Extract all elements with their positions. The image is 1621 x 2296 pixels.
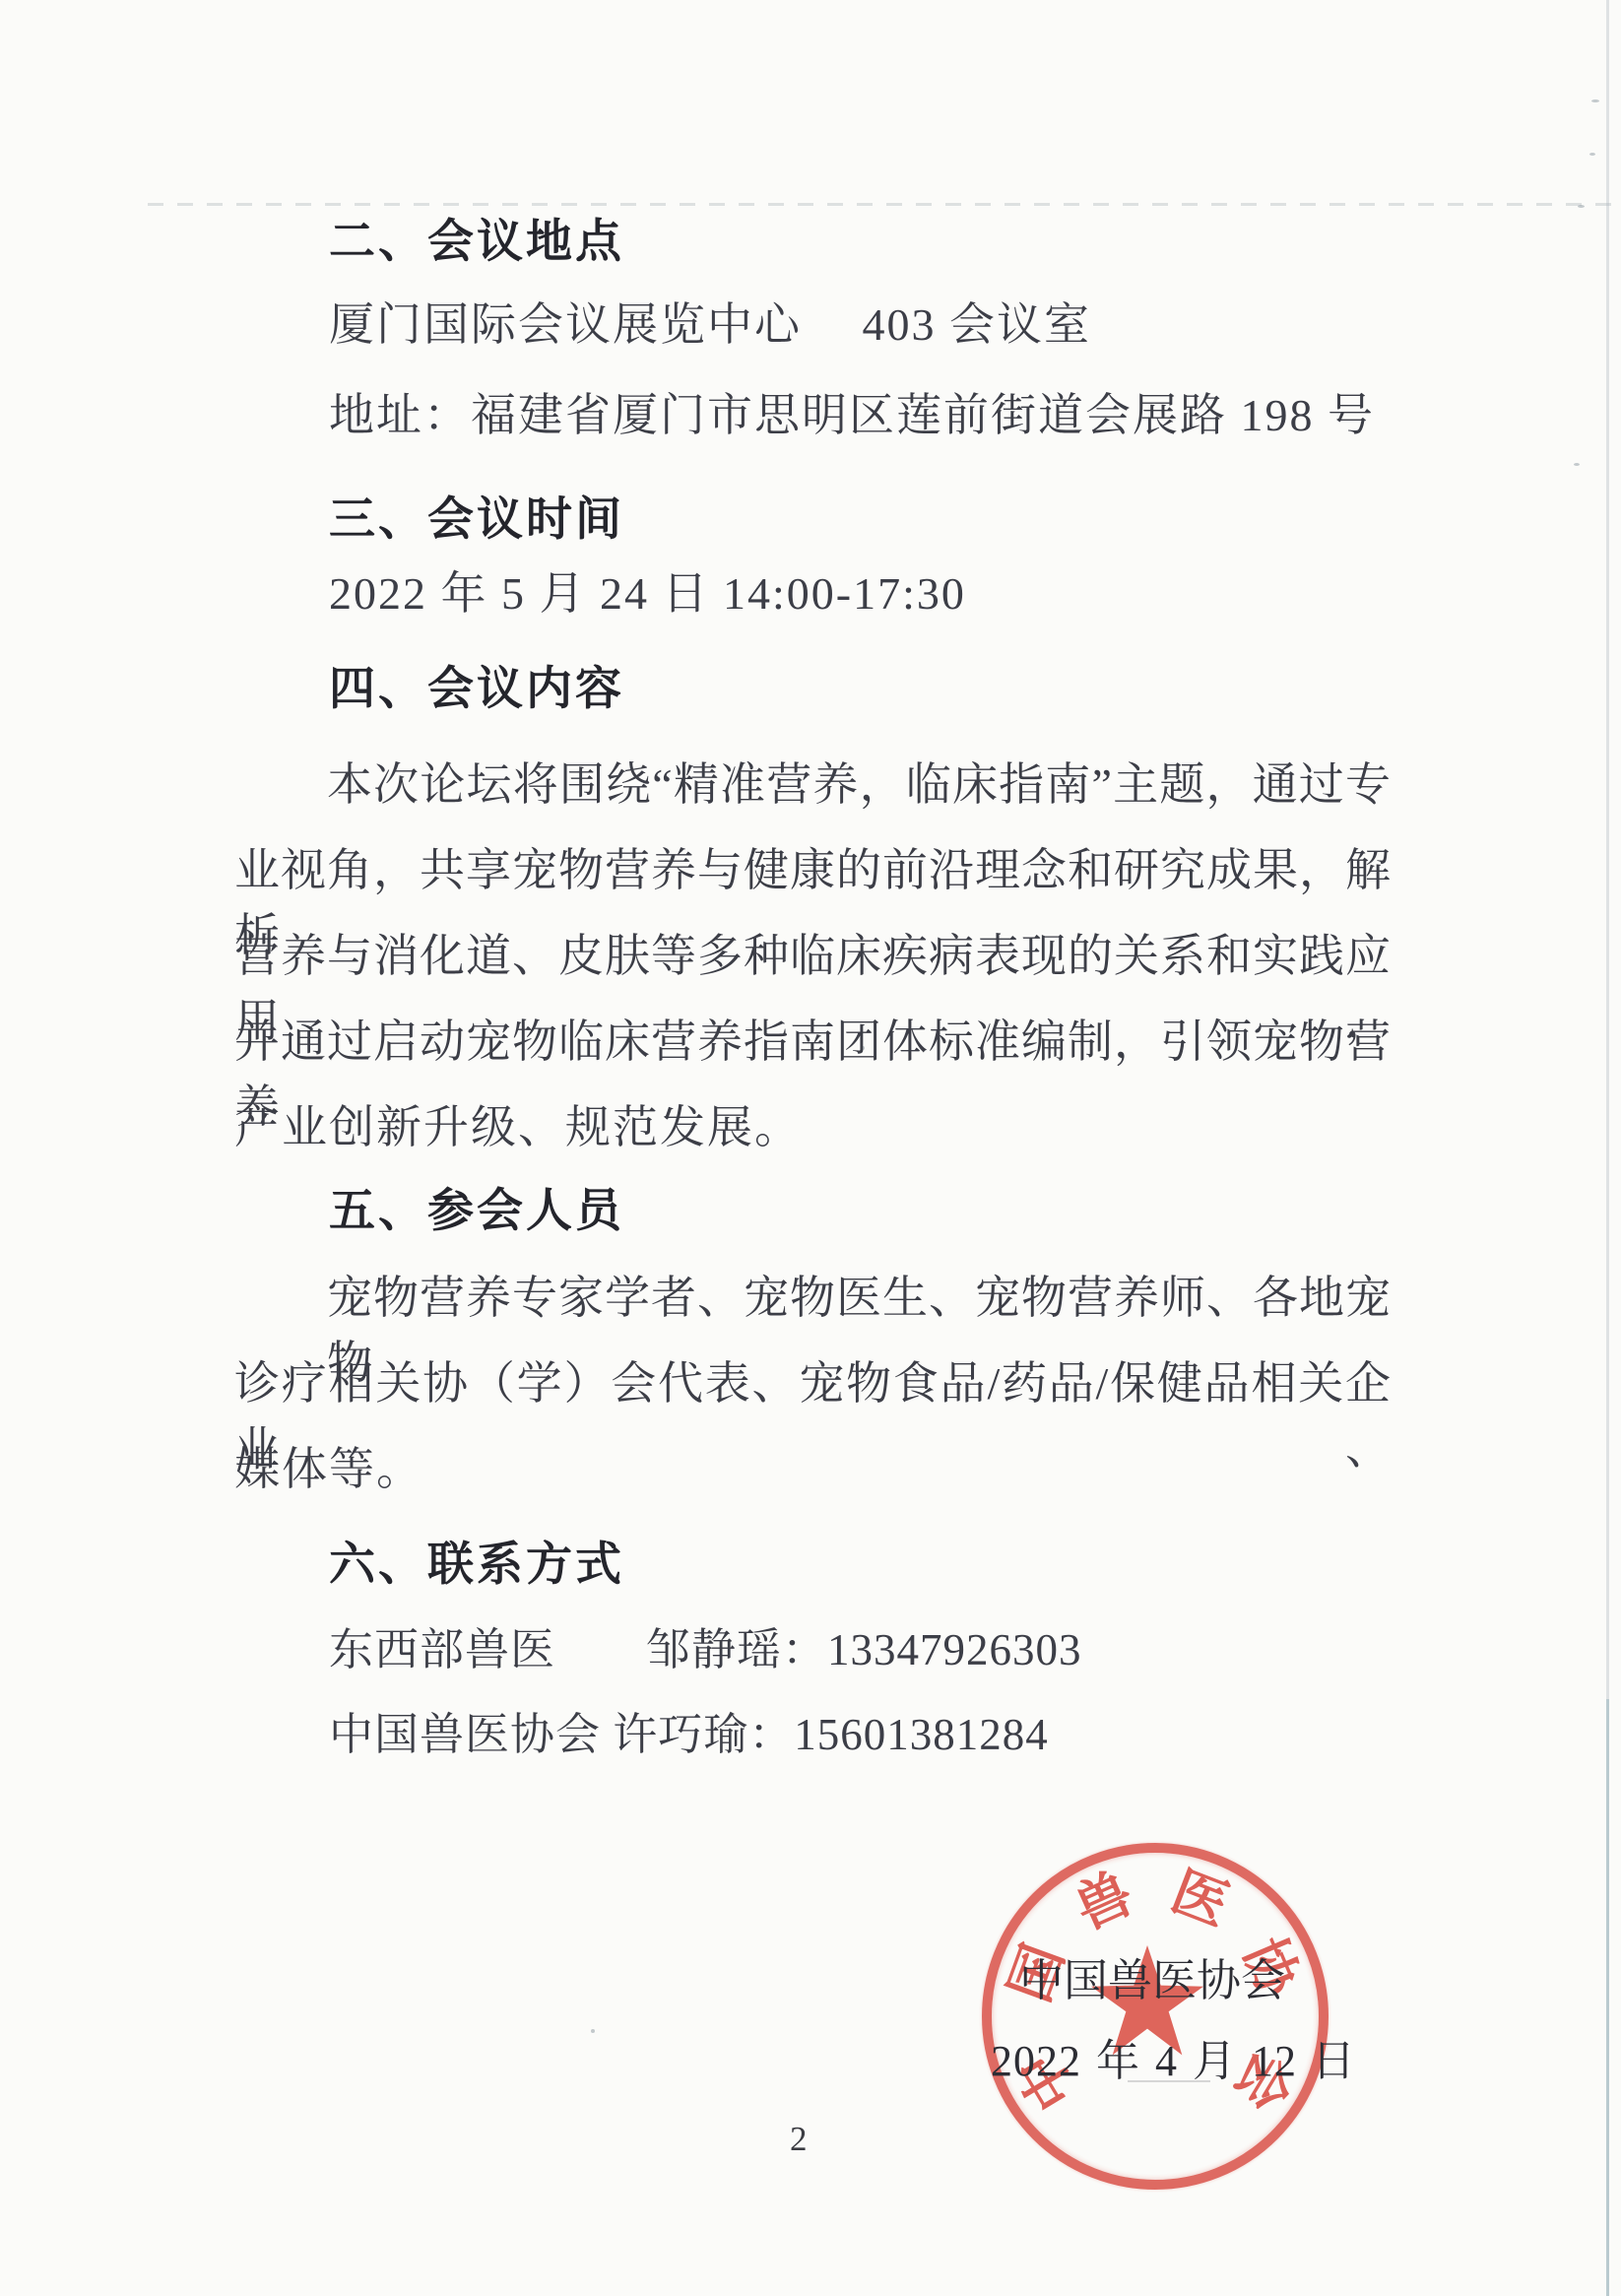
- section-heading-time: 三、会议时间: [329, 483, 624, 549]
- scan-speck: [1574, 463, 1580, 466]
- official-seal: 中 国 兽 医 协 会: [982, 1843, 1329, 2190]
- section-heading-location: 二、会议地点: [329, 205, 624, 271]
- content-paragraph-line: 本次论坛将围绕“精准营养，临床指南”主题，通过专: [234, 749, 1391, 814]
- meeting-datetime-line: 2022 年 5 月 24 日 14:00-17:30: [329, 558, 966, 623]
- scanned-document-page: 二、会议地点 厦门国际会议展览中心 403 会议室 地址：福建省厦门市思明区莲前…: [0, 0, 1621, 2296]
- page-number: 2: [790, 2120, 809, 2159]
- content-paragraph-line: 产业创新升级、规范发展。: [234, 1091, 1391, 1156]
- scan-speck: [1589, 153, 1595, 156]
- section-heading-content: 四、会议内容: [329, 652, 624, 718]
- scan-edge-line: [1606, 0, 1609, 2296]
- scan-speck: [1591, 99, 1599, 102]
- scan-speck: [591, 2029, 595, 2033]
- scan-speck: [1578, 205, 1585, 208]
- issue-date: 2022 年 4 月 12 日: [991, 2025, 1356, 2088]
- issuing-org-name: 中国兽医协会: [1019, 1944, 1285, 2008]
- contact-line-east-west-vet: 东西部兽医 邹静瑶：13347926303: [329, 1613, 1082, 1677]
- section-heading-participants: 五、参会人员: [329, 1174, 624, 1240]
- section-heading-contact: 六、联系方式: [329, 1528, 624, 1594]
- venue-line: 厦门国际会议展览中心 403 会议室: [329, 289, 1091, 354]
- scan-underline-artifact: [1128, 2080, 1210, 2082]
- contact-line-cva: 中国兽医协会 许巧瑜：15601381284: [329, 1698, 1049, 1762]
- address-line: 地址：福建省厦门市思明区莲前街道会展路 198 号: [329, 379, 1375, 444]
- participants-paragraph-line: 媒体等。: [234, 1433, 1391, 1498]
